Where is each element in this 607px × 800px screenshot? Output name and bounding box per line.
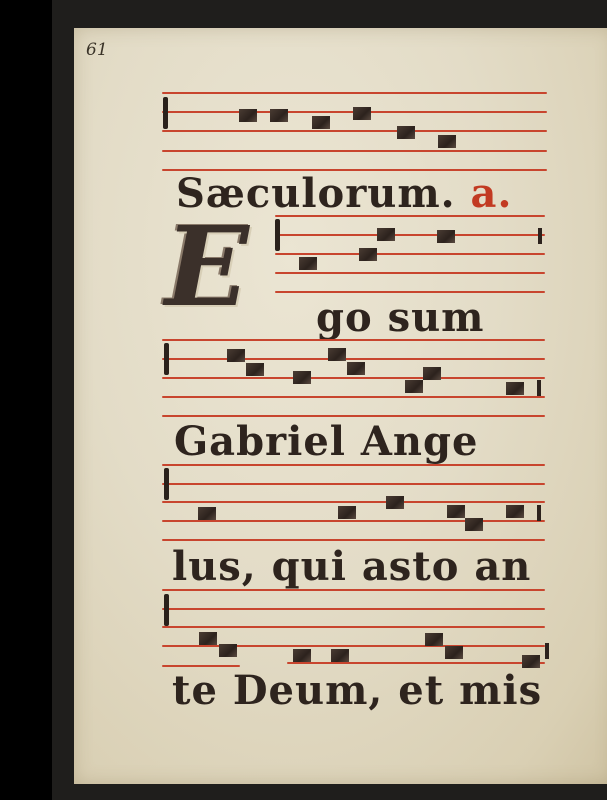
neume-note bbox=[386, 496, 404, 509]
neume-note bbox=[338, 506, 356, 519]
lyric-line-3: Gabriel Ange bbox=[174, 418, 478, 465]
neume-note bbox=[239, 109, 257, 122]
c-clef-icon bbox=[164, 343, 169, 375]
custos-mark bbox=[537, 380, 541, 396]
neume-note bbox=[506, 505, 524, 518]
custos-mark bbox=[538, 228, 542, 244]
folio-number: 61 bbox=[86, 40, 108, 60]
neume-note bbox=[293, 371, 311, 384]
neume-note bbox=[293, 649, 311, 662]
c-clef-icon bbox=[275, 219, 280, 251]
neume-note bbox=[312, 116, 330, 129]
neume-note bbox=[438, 135, 456, 148]
neume-note bbox=[246, 363, 264, 376]
neume-note bbox=[447, 505, 465, 518]
neume-note bbox=[397, 126, 415, 139]
neume-note bbox=[331, 649, 349, 662]
neume-note bbox=[270, 109, 288, 122]
lyric-line-2: go sum bbox=[316, 294, 485, 341]
neume-note bbox=[423, 367, 441, 380]
neume-note bbox=[506, 382, 524, 395]
c-clef-icon bbox=[163, 97, 168, 129]
neume-note bbox=[377, 228, 395, 241]
neume-note bbox=[353, 107, 371, 120]
neume-note bbox=[299, 257, 317, 270]
custos-mark bbox=[545, 643, 549, 659]
neume-note bbox=[445, 646, 463, 659]
neume-note bbox=[198, 507, 216, 520]
neume-note bbox=[227, 349, 245, 362]
rubric-text: a. bbox=[471, 170, 513, 217]
neume-note bbox=[199, 632, 217, 645]
c-clef-icon bbox=[164, 594, 169, 626]
c-clef-icon bbox=[164, 468, 169, 500]
neume-note bbox=[347, 362, 365, 375]
neume-note bbox=[405, 380, 423, 393]
decorated-initial: E bbox=[165, 212, 249, 322]
neume-note bbox=[425, 633, 443, 646]
neume-note bbox=[219, 644, 237, 657]
neume-note bbox=[328, 348, 346, 361]
neume-note bbox=[465, 518, 483, 531]
custos-mark bbox=[537, 505, 541, 521]
lyric-line-5: te Deum, et mis bbox=[172, 667, 542, 714]
neume-note bbox=[359, 248, 377, 261]
lyric-line-4: lus, qui asto an bbox=[172, 543, 531, 590]
neume-note bbox=[437, 230, 455, 243]
black-border bbox=[0, 0, 52, 800]
